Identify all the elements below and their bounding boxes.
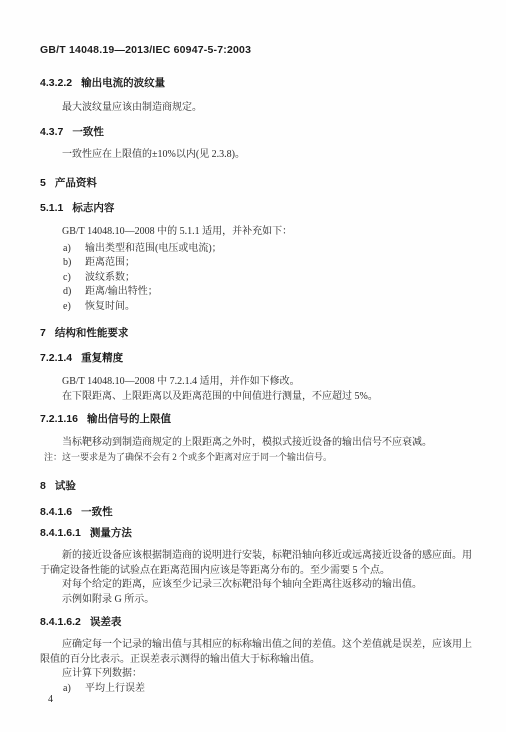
list-label: c): [63, 271, 85, 286]
clause-heading-4-3-2-2: 4.3.2.2输出电流的波纹量: [40, 76, 472, 91]
clause-heading-8-4-1-6: 8.4.1.6一致性: [40, 505, 472, 520]
list-label: a): [63, 682, 85, 697]
clause-number: 4.3.2.2: [40, 77, 72, 89]
clause-heading-8-4-1-6-2: 8.4.1.6.2误差表: [40, 615, 472, 630]
clause-number: 8.4.1.6.2: [40, 616, 81, 628]
list-label: d): [63, 285, 85, 300]
list-label: a): [63, 242, 85, 257]
chapter-title: 产品资料: [55, 177, 97, 189]
list-item-c: c)波纹系数；: [40, 271, 472, 286]
chapter-title: 结构和性能要求: [55, 327, 129, 339]
chapter-heading-5: 5产品资料: [40, 176, 472, 191]
clause-title: 输出电流的波纹量: [81, 77, 165, 89]
clause-number: 7.2.1.4: [40, 352, 72, 364]
paragraph: 应计算下列数据：: [40, 667, 472, 682]
clause-title: 测量方法: [90, 527, 132, 539]
clause-title: 一致性: [72, 126, 104, 138]
chapter-number: 7: [40, 327, 46, 339]
clause-title: 一致性: [81, 506, 113, 518]
paragraph: 当标靶移动到制造商规定的上限距离之外时，模拟式接近设备的输出信号不应衰减。: [40, 436, 472, 451]
list-text: 输出类型和范围(电压或电流)；: [85, 243, 222, 254]
paragraph: GB/T 14048.10—2008 中的 5.1.1 适用，并补充如下：: [40, 225, 472, 240]
list-text: 平均上行误差: [85, 683, 145, 694]
list-label: b): [63, 256, 85, 271]
note: 注：这一要求是为了确保不会有 2 个或多个距离对应于同一个输出信号。: [44, 451, 472, 463]
paragraph: 在下限距离、上限距离以及距离范围的中间值进行测量，不应超过 5%。: [40, 390, 472, 405]
clause-number: 4.3.7: [40, 126, 63, 138]
paragraph: 最大波纹量应该由制造商规定。: [40, 101, 472, 116]
list-item-a2: a)平均上行误差: [40, 682, 472, 697]
clause-heading-7-2-1-16: 7.2.1.16输出信号的上限值: [40, 412, 472, 427]
clause-heading-7-2-1-4: 7.2.1.4重复精度: [40, 351, 472, 366]
list-item-b: b)距离范围；: [40, 256, 472, 271]
list-item-d: d)距离/输出特性；: [40, 285, 472, 300]
paragraph: 应确定每一个记录的输出值与其相应的标称输出值之间的差值。这个差值就是误差，应该用…: [40, 638, 472, 667]
clause-number: 8.4.1.6.1: [40, 527, 81, 539]
list-label: e): [63, 300, 85, 315]
clause-heading-5-1-1: 5.1.1标志内容: [40, 201, 472, 216]
note-label: 注：: [44, 452, 62, 462]
chapter-heading-7: 7结构和性能要求: [40, 326, 472, 341]
paragraph: 新的接近设备应该根据制造商的说明进行安装，标靶沿轴向移近或远离接近设备的感应面。…: [40, 549, 472, 578]
paragraph: 一致性应在上限值的±10%以内(见 2.3.8)。: [40, 148, 472, 163]
clause-number: 5.1.1: [40, 202, 63, 214]
clause-heading-8-4-1-6-1: 8.4.1.6.1测量方法: [40, 526, 472, 541]
clause-number: 7.2.1.16: [40, 413, 78, 425]
clause-title: 输出信号的上限值: [87, 413, 171, 425]
clause-number: 8.4.1.6: [40, 506, 72, 518]
chapter-number: 8: [40, 480, 46, 492]
chapter-title: 试验: [55, 480, 76, 492]
paragraph: 对每个给定的距离，应该至少记录三次标靶沿每个轴向全距离往返移动的输出值。: [40, 578, 472, 593]
list-text: 距离范围；: [85, 257, 135, 268]
list-text: 恢复时间。: [85, 301, 135, 312]
paragraph: GB/T 14048.10—2008 中 7.2.1.4 适用，并作如下修改。: [40, 375, 472, 390]
chapter-heading-8: 8试验: [40, 479, 472, 494]
document-page: GB/T 14048.19—2013/IEC 60947-5-7:2003 4.…: [0, 0, 506, 732]
list-text: 距离/输出特性；: [85, 286, 158, 297]
page-number: 4: [48, 694, 53, 705]
list-item-a: a)输出类型和范围(电压或电流)；: [40, 242, 472, 257]
note-text: 这一要求是为了确保不会有 2 个或多个距离对应于同一个输出信号。: [62, 452, 332, 462]
chapter-number: 5: [40, 177, 46, 189]
paragraph: 示例如附录 G 所示。: [40, 593, 472, 608]
clause-title: 标志内容: [72, 202, 114, 214]
list-text: 波纹系数；: [85, 272, 135, 283]
list-item-e: e)恢复时间。: [40, 300, 472, 315]
clause-heading-4-3-7: 4.3.7一致性: [40, 125, 472, 140]
clause-title: 误差表: [90, 616, 122, 628]
clause-title: 重复精度: [81, 352, 123, 364]
running-header: GB/T 14048.19—2013/IEC 60947-5-7:2003: [40, 43, 472, 58]
